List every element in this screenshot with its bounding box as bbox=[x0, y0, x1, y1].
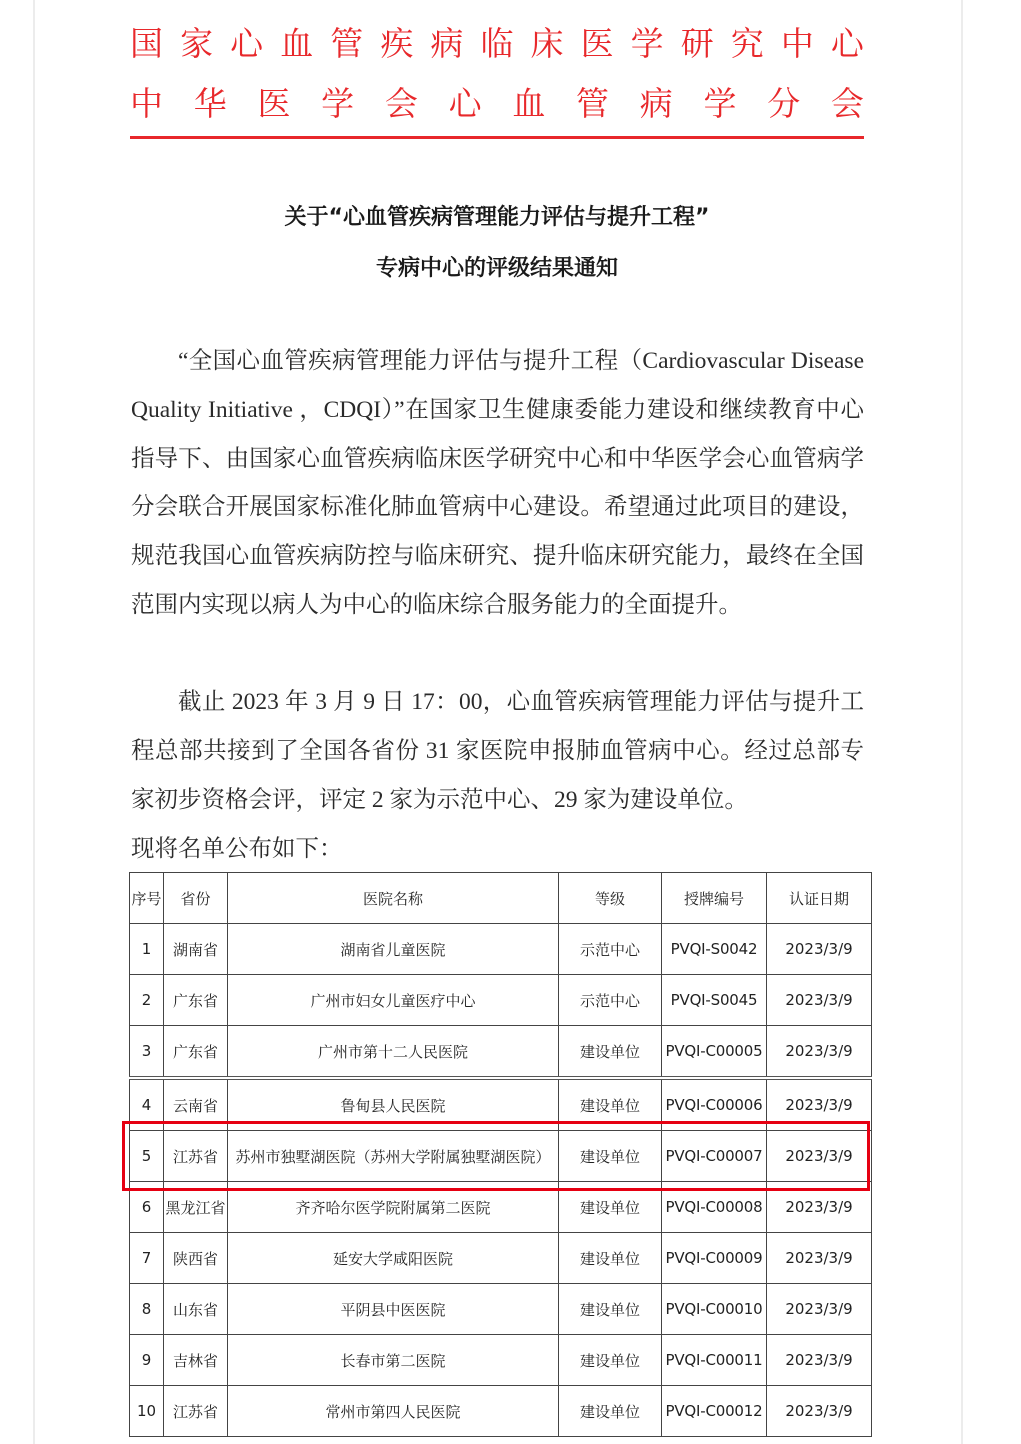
cell-province: 广东省 bbox=[164, 1026, 228, 1079]
cell-province: 广东省 bbox=[164, 975, 228, 1026]
letterhead-char: 中 bbox=[130, 84, 163, 124]
letterhead-char: 会 bbox=[831, 84, 864, 124]
cell-hospital-name: 苏州市独墅湖医院（苏州大学附属独墅湖医院） bbox=[228, 1131, 559, 1182]
letterhead-char: 血 bbox=[512, 84, 545, 124]
letterhead-red-rule bbox=[130, 136, 864, 139]
cell-level: 建设单位 bbox=[559, 1233, 662, 1284]
letterhead-char: 管 bbox=[330, 24, 363, 64]
cell-plaque-code: PVQI-C00009 bbox=[662, 1233, 767, 1284]
table-row: 6黑龙江省齐齐哈尔医学院附属第二医院建设单位PVQI-C000082023/3/… bbox=[130, 1182, 872, 1233]
header-level: 等级 bbox=[559, 873, 662, 924]
results-table: 序号 省份 医院名称 等级 授牌编号 认证日期 1湖南省湖南省儿童医院示范中心P… bbox=[129, 872, 872, 1437]
letterhead-char: 学 bbox=[321, 84, 354, 124]
cell-cert-date: 2023/3/9 bbox=[767, 1078, 872, 1131]
cell-index: 2 bbox=[130, 975, 164, 1026]
letterhead-char: 病 bbox=[430, 24, 463, 64]
table-row: 7陕西省延安大学咸阳医院建设单位PVQI-C000092023/3/9 bbox=[130, 1233, 872, 1284]
cell-cert-date: 2023/3/9 bbox=[767, 1026, 872, 1079]
table-row: 4云南省鲁甸县人民医院建设单位PVQI-C000062023/3/9 bbox=[130, 1078, 872, 1131]
table-row-highlighted: 5江苏省苏州市独墅湖医院（苏州大学附属独墅湖医院）建设单位PVQI-C00007… bbox=[130, 1131, 872, 1182]
page-edge-right bbox=[961, 0, 963, 1444]
letterhead-char: 心 bbox=[449, 84, 482, 124]
cell-plaque-code: PVQI-C00012 bbox=[662, 1386, 767, 1437]
cell-plaque-code: PVQI-C00010 bbox=[662, 1284, 767, 1335]
header-cert-date: 认证日期 bbox=[767, 873, 872, 924]
cell-province: 江苏省 bbox=[164, 1386, 228, 1437]
cell-province: 吉林省 bbox=[164, 1335, 228, 1386]
cell-level: 建设单位 bbox=[559, 1182, 662, 1233]
header-plaque-code: 授牌编号 bbox=[662, 873, 767, 924]
cell-province: 云南省 bbox=[164, 1078, 228, 1131]
cell-level: 建设单位 bbox=[559, 1131, 662, 1182]
body-paragraph-2: 截止 2023 年 3 月 9 日 17：00，心血管疾病管理能力评估与提升工程… bbox=[131, 678, 864, 824]
cell-cert-date: 2023/3/9 bbox=[767, 1335, 872, 1386]
letterhead-char: 床 bbox=[531, 24, 564, 64]
cell-province: 山东省 bbox=[164, 1284, 228, 1335]
cell-level: 建设单位 bbox=[559, 1078, 662, 1131]
letterhead-char: 究 bbox=[731, 24, 764, 64]
letterhead-char: 临 bbox=[480, 24, 513, 64]
cell-cert-date: 2023/3/9 bbox=[767, 924, 872, 975]
letterhead-char: 华 bbox=[194, 84, 227, 124]
table-row: 1湖南省湖南省儿童医院示范中心PVQI-S00422023/3/9 bbox=[130, 924, 872, 975]
header-index: 序号 bbox=[130, 873, 164, 924]
table-row: 10江苏省常州市第四人民医院建设单位PVQI-C000122023/3/9 bbox=[130, 1386, 872, 1437]
cell-level: 建设单位 bbox=[559, 1026, 662, 1079]
cell-hospital-name: 广州市第十二人民医院 bbox=[228, 1026, 559, 1079]
cell-cert-date: 2023/3/9 bbox=[767, 1182, 872, 1233]
letterhead-char: 中 bbox=[781, 24, 814, 64]
cell-hospital-name: 常州市第四人民医院 bbox=[228, 1386, 559, 1437]
cell-index: 6 bbox=[130, 1182, 164, 1233]
cell-index: 3 bbox=[130, 1026, 164, 1079]
notice-title-line-1: 关于“心血管疾病管理能力评估与提升工程” bbox=[130, 200, 864, 231]
letterhead-char: 疾 bbox=[380, 24, 413, 64]
cell-hospital-name: 平阴县中医医院 bbox=[228, 1284, 559, 1335]
cell-index: 7 bbox=[130, 1233, 164, 1284]
cell-hospital-name: 湖南省儿童医院 bbox=[228, 924, 559, 975]
cell-level: 建设单位 bbox=[559, 1335, 662, 1386]
paragraph-intro: “全国心血管疾病管理能力评估与提升工程（Cardiovascular Disea… bbox=[131, 337, 864, 630]
cell-index: 9 bbox=[130, 1335, 164, 1386]
table-row: 8山东省平阴县中医医院建设单位PVQI-C000102023/3/9 bbox=[130, 1284, 872, 1335]
letterhead-char: 分 bbox=[767, 84, 800, 124]
letterhead-char: 医 bbox=[257, 84, 290, 124]
cell-level: 示范中心 bbox=[559, 975, 662, 1026]
cell-cert-date: 2023/3/9 bbox=[767, 975, 872, 1026]
cell-index: 4 bbox=[130, 1078, 164, 1131]
cell-index: 1 bbox=[130, 924, 164, 975]
cell-index: 5 bbox=[130, 1131, 164, 1182]
letterhead-char: 研 bbox=[681, 24, 714, 64]
letterhead-char: 国 bbox=[130, 24, 163, 64]
cell-plaque-code: PVQI-S0045 bbox=[662, 975, 767, 1026]
paragraph-deadline: 截止 2023 年 3 月 9 日 17：00，心血管疾病管理能力评估与提升工程… bbox=[131, 678, 864, 824]
letterhead-line-1: 国家心血管疾病临床医学研究中心 bbox=[130, 24, 864, 64]
letterhead-char: 心 bbox=[230, 24, 263, 64]
cell-hospital-name: 广州市妇女儿童医疗中心 bbox=[228, 975, 559, 1026]
cell-hospital-name: 齐齐哈尔医学院附属第二医院 bbox=[228, 1182, 559, 1233]
cell-level: 建设单位 bbox=[559, 1386, 662, 1437]
cell-cert-date: 2023/3/9 bbox=[767, 1131, 872, 1182]
letterhead-line-2: 中华医学会心血管病学分会 bbox=[130, 84, 864, 124]
letterhead-char: 学 bbox=[631, 24, 664, 64]
page-edge-left bbox=[33, 0, 35, 1444]
cell-index: 8 bbox=[130, 1284, 164, 1335]
letterhead-char: 学 bbox=[703, 84, 736, 124]
cell-plaque-code: PVQI-C00011 bbox=[662, 1335, 767, 1386]
letterhead-char: 会 bbox=[385, 84, 418, 124]
cell-hospital-name: 延安大学咸阳医院 bbox=[228, 1233, 559, 1284]
cell-hospital-name: 鲁甸县人民医院 bbox=[228, 1078, 559, 1131]
body-paragraph-1: “全国心血管疾病管理能力评估与提升工程（Cardiovascular Disea… bbox=[131, 337, 864, 630]
table-row: 9吉林省长春市第二医院建设单位PVQI-C000112023/3/9 bbox=[130, 1335, 872, 1386]
cell-province: 黑龙江省 bbox=[164, 1182, 228, 1233]
paragraph-list-intro: 现将名单公布如下： bbox=[131, 825, 864, 874]
cell-plaque-code: PVQI-S0042 bbox=[662, 924, 767, 975]
table-row: 3广东省广州市第十二人民医院建设单位PVQI-C000052023/3/9 bbox=[130, 1026, 872, 1079]
cell-cert-date: 2023/3/9 bbox=[767, 1386, 872, 1437]
table-header-row: 序号 省份 医院名称 等级 授牌编号 认证日期 bbox=[130, 873, 872, 924]
cell-cert-date: 2023/3/9 bbox=[767, 1233, 872, 1284]
letterhead-char: 家 bbox=[180, 24, 213, 64]
letterhead-char: 心 bbox=[831, 24, 864, 64]
table-row: 2广东省广州市妇女儿童医疗中心示范中心PVQI-S00452023/3/9 bbox=[130, 975, 872, 1026]
cell-level: 示范中心 bbox=[559, 924, 662, 975]
cell-plaque-code: PVQI-C00005 bbox=[662, 1026, 767, 1079]
cell-index: 10 bbox=[130, 1386, 164, 1437]
letterhead-char: 管 bbox=[576, 84, 609, 124]
header-province: 省份 bbox=[164, 873, 228, 924]
body-paragraph-3: 现将名单公布如下： bbox=[131, 825, 864, 874]
cell-hospital-name: 长春市第二医院 bbox=[228, 1335, 559, 1386]
cell-province: 江苏省 bbox=[164, 1131, 228, 1182]
cell-cert-date: 2023/3/9 bbox=[767, 1284, 872, 1335]
cell-province: 湖南省 bbox=[164, 924, 228, 975]
letterhead-char: 血 bbox=[280, 24, 313, 64]
cell-level: 建设单位 bbox=[559, 1284, 662, 1335]
cell-plaque-code: PVQI-C00007 bbox=[662, 1131, 767, 1182]
cell-province: 陕西省 bbox=[164, 1233, 228, 1284]
notice-title-line-2: 专病中心的评级结果通知 bbox=[130, 251, 864, 282]
letterhead-char: 病 bbox=[640, 84, 673, 124]
cell-plaque-code: PVQI-C00008 bbox=[662, 1182, 767, 1233]
header-hospital-name: 医院名称 bbox=[228, 873, 559, 924]
letterhead-char: 医 bbox=[581, 24, 614, 64]
cell-plaque-code: PVQI-C00006 bbox=[662, 1078, 767, 1131]
